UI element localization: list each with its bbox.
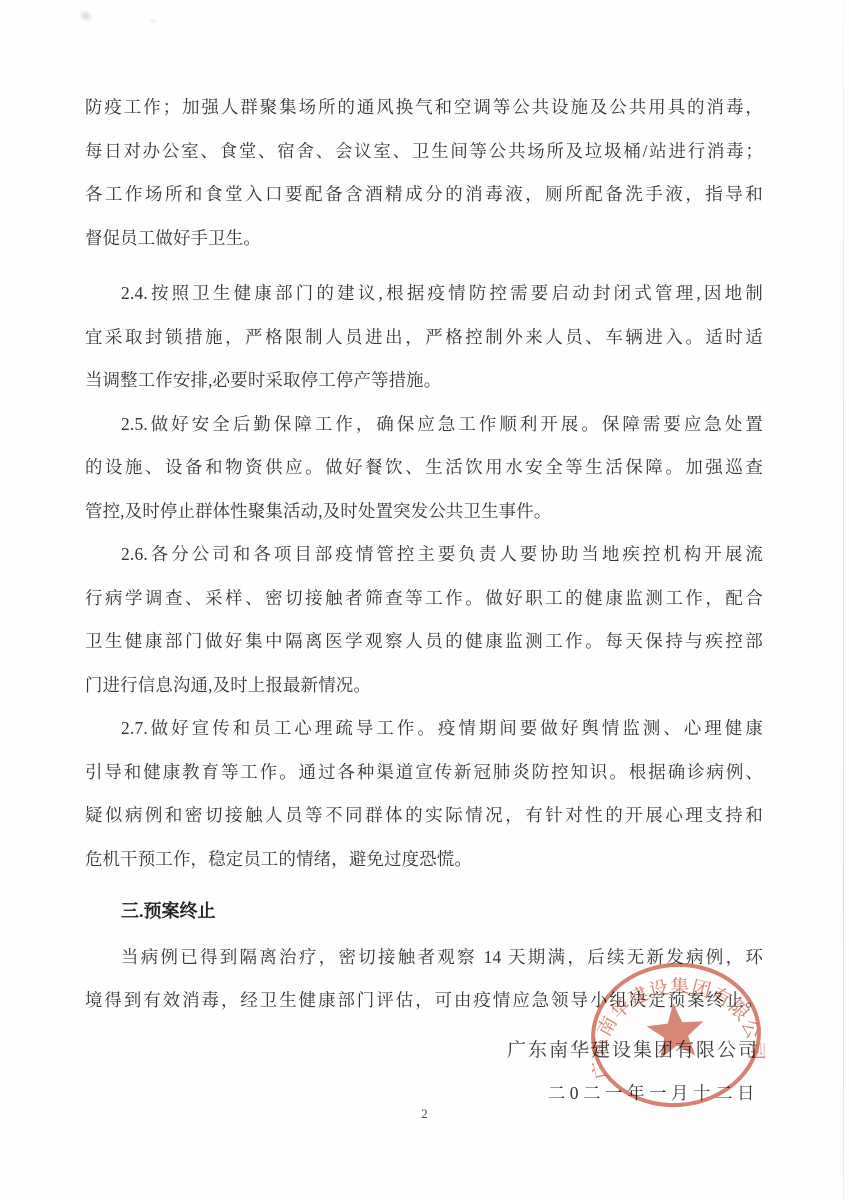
company-signature: 广东南华建设集团有限公司 — [85, 1029, 763, 1073]
text-line: 引导和健康教育等工作。通过各种渠道宣传新冠肺炎防控知识。根据确诊病例、 — [85, 751, 763, 795]
text-line: 管控,及时停止群体性聚集活动,及时处置突发公共卫生事件。 — [85, 490, 763, 534]
paragraph: 防疫工作；加强人群聚集场所的通风换气和空调等公共设施及公共用具的消毒，每日对办公… — [85, 86, 763, 260]
text-line: 当病例已得到隔离治疗，密切接触者观察 14 天期满，后续无新发病例，环 — [85, 936, 763, 980]
text-line: 防疫工作；加强人群聚集场所的通风换气和空调等公共设施及公共用具的消毒， — [85, 86, 763, 130]
text-line: 2.7.做好宣传和员工心理疏导工作。疫情期间要做好舆情监测、心理健康 — [85, 707, 763, 751]
text-line: 行病学调查、采样、密切接触者筛查等工作。做好职工的健康监测工作，配合 — [85, 577, 763, 621]
paragraph: 2.6.各分公司和各项目部疫情管控主要负责人要协助当地疾控机构开展流行病学调查、… — [85, 533, 763, 707]
paragraph: 2.4.按照卫生健康部门的建议,根据疫情防控需要启动封闭式管理,因地制宜采取封锁… — [85, 272, 763, 403]
paragraph: 2.5.做好安全后勤保障工作，确保应急工作顺利开展。保障需要应急处置的设施、设备… — [85, 403, 763, 534]
scan-smudge — [76, 7, 96, 25]
text-line: 2.6.各分公司和各项目部疫情管控主要负责人要协助当地疾控机构开展流 — [85, 533, 763, 577]
paragraph: 2.7.做好宣传和员工心理疏导工作。疫情期间要做好舆情监测、心理健康引导和健康教… — [85, 707, 763, 881]
text-line: 督促员工做好手卫生。 — [85, 217, 763, 261]
text-line: 卫生健康部门做好集中隔离医学观察人员的健康监测工作。每天保持与疾控部 — [85, 620, 763, 664]
page-number: 2 — [0, 1106, 849, 1126]
text-line: 当调整工作安排,必要时采取停工停产等措施。 — [85, 359, 763, 403]
scan-edge-line — [843, 0, 844, 1200]
scan-smudge — [148, 18, 158, 24]
text-line: 疑似病例和密切接触人员等不同群体的实际情况，有针对性的开展心理支持和 — [85, 794, 763, 838]
scanned-page: 防疫工作；加强人群聚集场所的通风换气和空调等公共设施及公共用具的消毒，每日对办公… — [0, 0, 849, 1200]
section-heading: 三.预案终止 — [85, 890, 763, 934]
text-line: 门进行信息沟通,及时上报最新情况。 — [85, 664, 763, 708]
document-body: 防疫工作；加强人群聚集场所的通风换气和空调等公共设施及公共用具的消毒，每日对办公… — [85, 86, 763, 1116]
text-line: 各工作场所和食堂入口要配备含酒精成分的消毒液，厕所配备洗手液，指导和 — [85, 173, 763, 217]
text-line: 危机干预工作，稳定员工的情绪，避免过度恐慌。 — [85, 838, 763, 882]
text-line: 宜采取封锁措施，严格限制人员进出，严格控制外来人员、车辆进入。适时适 — [85, 316, 763, 360]
text-line: 的设施、设备和物资供应。做好餐饮、生活饮用水安全等生活保障。加强巡查 — [85, 446, 763, 490]
text-line: 每日对办公室、食堂、宿舍、会议室、卫生间等公共场所及垃圾桶/站进行消毒； — [85, 130, 763, 174]
text-line: 2.4.按照卫生健康部门的建议,根据疫情防控需要启动封闭式管理,因地制 — [85, 272, 763, 316]
paragraph: 当病例已得到隔离治疗，密切接触者观察 14 天期满，后续无新发病例，环境得到有效… — [85, 936, 763, 1023]
text-line: 境得到有效消毒，经卫生健康部门评估，可由疫情应急领导小组决定预案终止。 — [85, 979, 763, 1023]
text-line: 2.5.做好安全后勤保障工作，确保应急工作顺利开展。保障需要应急处置 — [85, 403, 763, 447]
